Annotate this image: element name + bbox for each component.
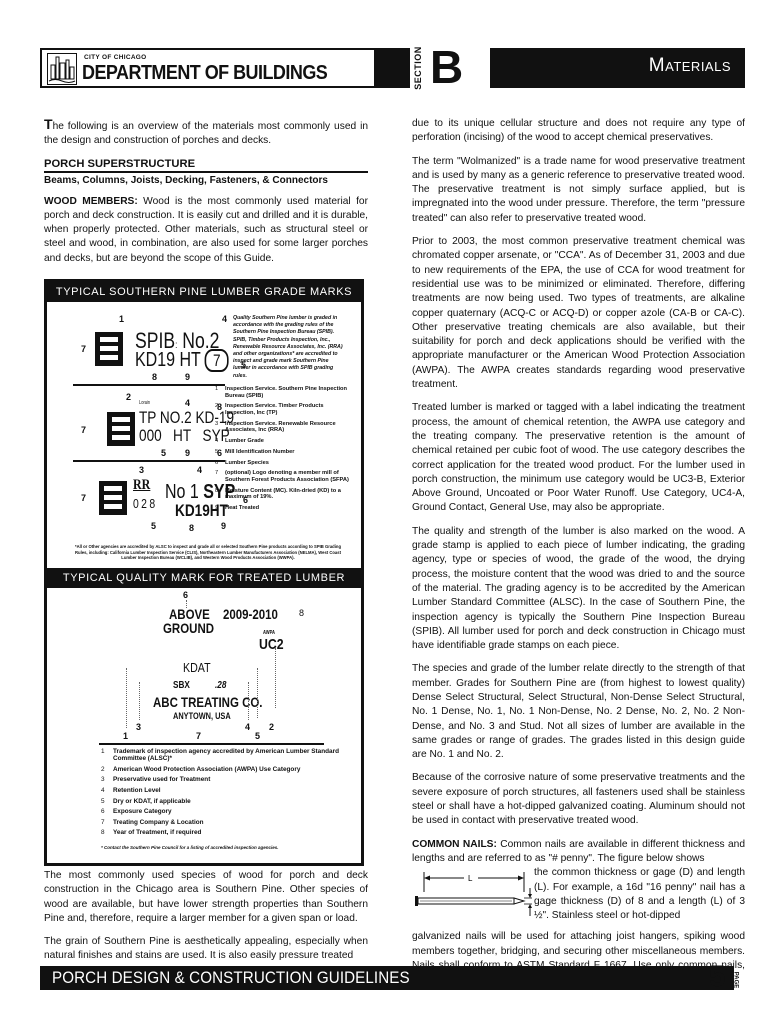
- lumber-marks-figure: TYPICAL SOUTHERN PINE LUMBER GRADE MARKS…: [44, 279, 364, 866]
- wood-members-paragraph: WOOD MEMBERS: Wood is the most commonly …: [44, 195, 368, 266]
- paragraph-incising: due to its unique cellular structure and…: [412, 117, 745, 146]
- grade-stamp-rra: 3 4 7 RR 028 No 1 SYP KD19HT 6 5 8 9: [47, 465, 237, 543]
- treated-quality-mark: 6 ABOVE GROUND 2009-2010 8 AWPA UC2 KDAT…: [47, 588, 361, 738]
- key-item: 4Lumber Grade: [215, 438, 355, 445]
- section-letter: B: [430, 42, 463, 92]
- header-divider-block: [376, 48, 410, 88]
- nails-figure-block: L the common thickness or gage (D) and l…: [412, 866, 745, 930]
- divider: [73, 460, 225, 462]
- department-banner: CITY OF CHICAGO DEPARTMENT OF BUILDINGS: [40, 48, 376, 88]
- key-item: 6Exposure Category: [101, 808, 341, 815]
- key-item: 3Inspection Service. Renewable Resource …: [215, 421, 355, 434]
- key-item: 9Heat Treated: [215, 505, 355, 512]
- right-column: due to its unique cellular structure and…: [412, 117, 745, 996]
- nail-icon: L: [412, 866, 534, 930]
- city-label: CITY OF CHICAGO: [84, 54, 147, 61]
- sfpa-logo-icon: [95, 332, 123, 366]
- section-title-bar: Materials: [490, 48, 745, 88]
- grade-stamp-spib: 1 4 7 SPIB: No.2 KD19 HT 7 5 8 9: [47, 302, 237, 380]
- paragraph-grade-stamp: The quality and strength of the lumber i…: [412, 525, 745, 654]
- paragraph-treated-label: Treated lumber is marked or tagged with …: [412, 401, 745, 515]
- species-paragraph: The most commonly used species of wood f…: [44, 869, 368, 926]
- section-label: SECTION: [411, 48, 425, 88]
- section-heading: PORCH SUPERSTRUCTURE: [44, 158, 368, 173]
- key-item: 5Mill Identification Number: [215, 449, 355, 456]
- left-column: The following is an overview of the mate…: [44, 117, 368, 275]
- key-item: 3Preservative used for Treatment: [101, 776, 341, 783]
- section-title: Materials: [649, 55, 731, 77]
- sfpa-logo-icon: [107, 412, 135, 446]
- page-number: 5: [709, 962, 726, 992]
- intro-paragraph: The following is an overview of the mate…: [44, 117, 368, 149]
- key-item: 8Year of Treatment, if required: [101, 829, 341, 836]
- grade-description: Quality Southern Pine lumber is graded i…: [233, 315, 347, 380]
- department-name: DEPARTMENT OF BUILDINGS: [82, 62, 327, 85]
- section-subheading: Beams, Columns, Joists, Decking, Fastene…: [44, 175, 368, 186]
- key-item: 8Moisture Content (MC). Kiln-dried (KD) …: [215, 488, 355, 501]
- paragraph-cca: Prior to 2003, the most common preservat…: [412, 235, 745, 392]
- nail-diagram: L: [412, 866, 534, 930]
- key-item: 6Lumber Species: [215, 460, 355, 467]
- key-item: 5Dry or KDAT, if applicable: [101, 798, 341, 805]
- key-item: 4Retention Level: [101, 787, 341, 794]
- svg-text:L: L: [468, 874, 473, 883]
- footer-bar: PORCH DESIGN & CONSTRUCTION GUIDELINES: [40, 966, 734, 990]
- chicago-skyline-logo-icon: [47, 53, 77, 85]
- grade-stamp-tp: 2 4 8 7 Lorain TP NO.2 KD-19 000 HT SYP …: [47, 392, 237, 470]
- paragraph-fasteners: Because of the corrosive nature of some …: [412, 771, 745, 828]
- paragraph-wolmanized: The term "Wolmanized" is a trade name fo…: [412, 155, 745, 226]
- paragraph-nails-intro: COMMON NAILS: Common nails are available…: [412, 838, 745, 867]
- page-label: PAGE: [730, 970, 740, 990]
- key-item: 2Inspection Service. Timber Products Ins…: [215, 403, 355, 416]
- treated-key-list: 1Trademark of inspection agency accredit…: [101, 748, 341, 840]
- treated-footnote: * Contact the Southern Pine Council for …: [101, 845, 279, 850]
- nails-side-text: the common thickness or gage (D) and len…: [534, 866, 745, 930]
- key-item: 1Inspection Service. Southern Pine Inspe…: [215, 386, 355, 399]
- left-column-bottom: The most commonly used species of wood f…: [44, 869, 368, 973]
- grade-key-list: 1Inspection Service. Southern Pine Inspe…: [215, 386, 355, 516]
- grain-paragraph: The grain of Southern Pine is aesthetica…: [44, 935, 368, 964]
- key-item: 7(optional) Logo denoting a member mill …: [215, 470, 355, 483]
- guide-title: PORCH DESIGN & CONSTRUCTION GUIDELINES: [52, 969, 410, 988]
- treated-mark-title: TYPICAL QUALITY MARK FOR TREATED LUMBER: [47, 568, 361, 588]
- paragraph-grades: The species and grade of the lumber rela…: [412, 662, 745, 762]
- divider: [73, 384, 225, 386]
- key-item: 1Trademark of inspection agency accredit…: [101, 748, 341, 762]
- sfpa-logo-icon: [99, 481, 127, 515]
- divider: [99, 743, 324, 745]
- grade-footnote: *All or Other agencies are accredited by…: [73, 544, 343, 561]
- grade-marks-title: TYPICAL SOUTHERN PINE LUMBER GRADE MARKS: [47, 282, 361, 302]
- key-item: 2American Wood Protection Association (A…: [101, 766, 341, 773]
- key-item: 7Treating Company & Location: [101, 819, 341, 826]
